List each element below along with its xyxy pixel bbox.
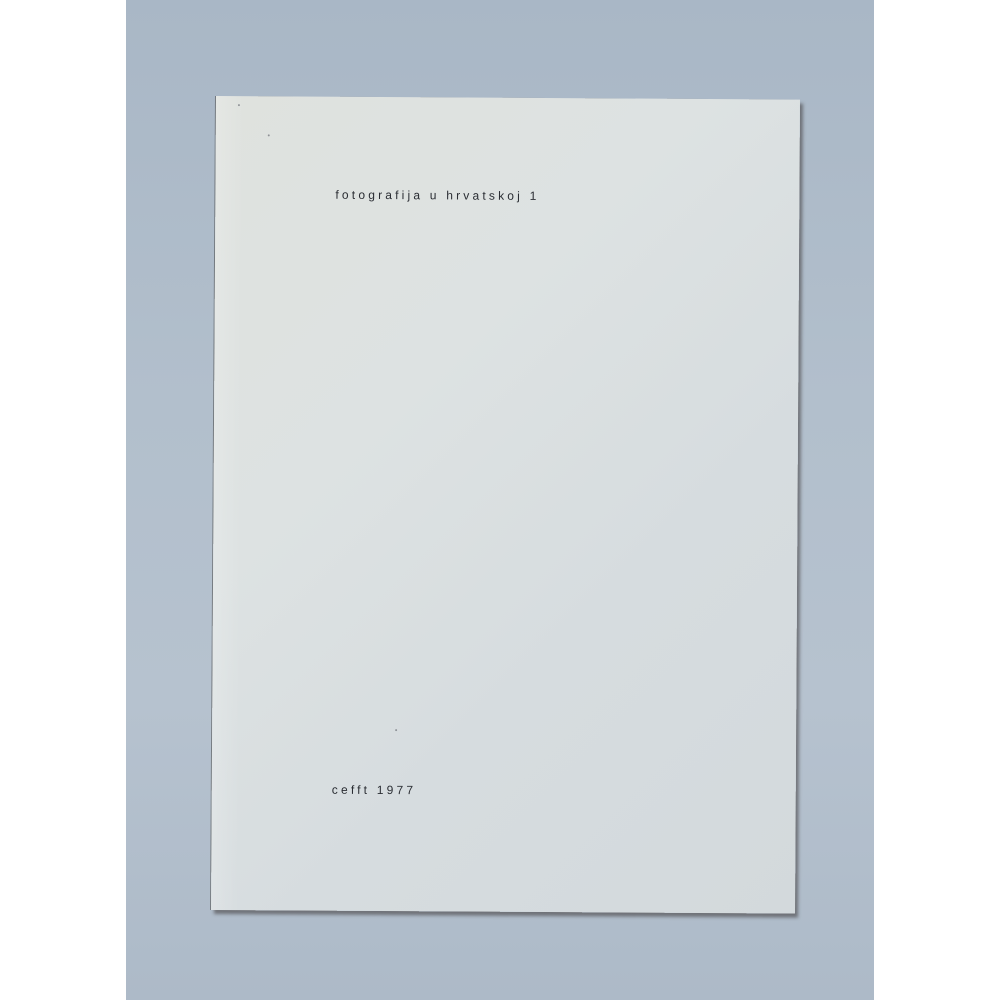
paper-speck [268, 134, 270, 136]
booklet-cover: fotografija u hrvatskoj 1 cefft 1977 [211, 96, 800, 914]
paper-speck [238, 104, 240, 106]
paper-speck [395, 729, 397, 731]
photo-stage: fotografija u hrvatskoj 1 cefft 1977 [0, 0, 1000, 1000]
booklet-imprint: cefft 1977 [332, 783, 417, 798]
booklet-title: fotografija u hrvatskoj 1 [335, 188, 539, 203]
